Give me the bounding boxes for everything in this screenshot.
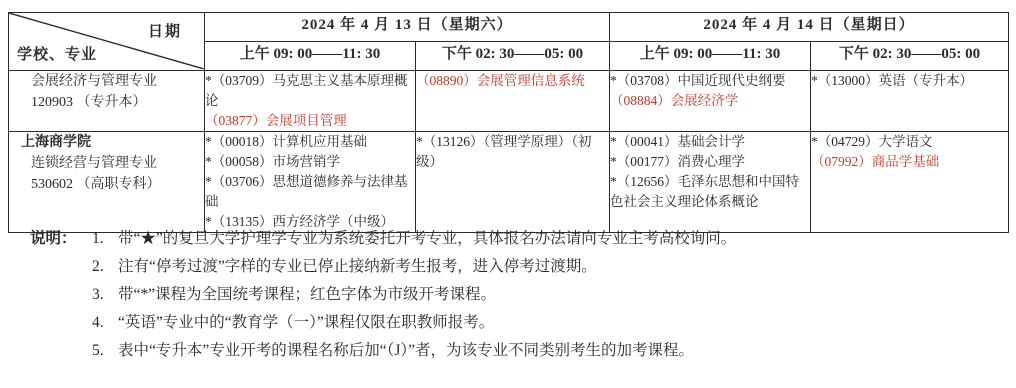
header-date-row: 日期 学校、专业 2024 年 4 月 13 日（星期六） 2024 年 4 月…: [9, 13, 1009, 42]
note-text: 注有“停考过渡”字样的专业已停止接纳新考生报考，进入停考过渡期。: [118, 253, 597, 281]
note-item: 3.带“*”课程为全国统考课程；红色字体为市级开考课程。: [92, 281, 736, 309]
courses-row1-sat-am: *（03709）马克思主义基本原理概论（03877）会展项目管理: [205, 71, 416, 132]
exam-schedule-page: 日期 学校、专业 2024 年 4 月 13 日（星期六） 2024 年 4 月…: [0, 0, 1016, 388]
note-text: 带“★”的复旦大学护理学专业为系统委托开考专业，具体报名办法请向专业主考高校询问…: [118, 225, 736, 253]
course-entry: *（12656）毛泽东思想和中国特色社会主义理论体系概论: [610, 172, 810, 212]
note-text: 表中“专升本”专业开考的课程名称后加“（J）”者，为该专业不同类别考生的加考课程…: [118, 337, 694, 365]
note-number: 4.: [92, 309, 118, 337]
header-session-sun-am: 上午 09: 00——11: 30: [610, 42, 811, 71]
course-entry: *（00058）市场营销学: [205, 152, 415, 172]
header-date-saturday: 2024 年 4 月 13 日（星期六）: [205, 13, 610, 42]
note-item: 1.带“★”的复旦大学护理学专业为系统委托开考专业，具体报名办法请向专业主考高校…: [92, 225, 736, 253]
courses-row2-sat-am: *（00018）计算机应用基础*（00058）市场营销学*（03706）思想道德…: [205, 132, 416, 233]
exam-schedule-table: 日期 学校、专业 2024 年 4 月 13 日（星期六） 2024 年 4 月…: [8, 12, 1009, 233]
course-entry: *（00177）消费心理学: [610, 152, 810, 172]
note-item: 2.注有“停考过渡”字样的专业已停止接纳新考生报考，进入停考过渡期。: [92, 253, 736, 281]
school-code: 120903 （专升本）: [9, 92, 204, 113]
note-number: 1.: [92, 225, 118, 253]
school-cell-row2: 上海商学院 连锁经营与管理专业 530602 （高职专科）: [9, 132, 205, 233]
school-name: 上海商学院: [9, 132, 204, 153]
note-text: 带“*”课程为全国统考课程；红色字体为市级开考课程。: [118, 281, 496, 309]
course-entry: *（03708）中国近现代史纲要: [610, 71, 810, 91]
notes-list: 1.带“★”的复旦大学护理学专业为系统委托开考专业，具体报名办法请向专业主考高校…: [92, 225, 736, 365]
header-session-sat-pm: 下午 02: 30——05: 00: [416, 42, 610, 71]
courses-row2-sun-pm: *（04729）大学语文（07992）商品学基础: [811, 132, 1009, 233]
courses-row1-sun-pm: *（13000）英语（专升本）: [811, 71, 1009, 132]
course-entry: *（00041）基础会计学: [610, 132, 810, 152]
notes-section: 说明： 1.带“★”的复旦大学护理学专业为系统委托开考专业，具体报名办法请向专业…: [30, 225, 1000, 365]
note-text: “英语”专业中的“教育学（一）”课程仅限在职教师报考。: [118, 309, 494, 337]
header-session-sun-pm: 下午 02: 30——05: 00: [811, 42, 1009, 71]
school-cell-row1: 会展经济与管理专业 120903 （专升本）: [9, 71, 205, 132]
note-item: 4.“英语”专业中的“教育学（一）”课程仅限在职教师报考。: [92, 309, 736, 337]
course-entry: *（13000）英语（专升本）: [811, 71, 1008, 91]
corner-diagonal-container: 日期 学校、专业: [9, 13, 204, 69]
header-session-sat-am: 上午 09: 00——11: 30: [205, 42, 416, 71]
note-number: 5.: [92, 337, 118, 365]
school-code: 530602 （高职专科）: [9, 174, 204, 195]
course-entry: *（04729）大学语文: [811, 132, 1008, 152]
corner-label-school: 学校、专业: [17, 43, 97, 64]
note-number: 3.: [92, 281, 118, 309]
corner-header-cell: 日期 学校、专业: [9, 13, 205, 71]
school-major: 连锁经营与管理专业: [9, 153, 204, 174]
course-entry: （07992）商品学基础: [811, 152, 1008, 172]
header-date-sunday: 2024 年 4 月 14 日（星期日）: [610, 13, 1009, 42]
corner-label-date: 日期: [148, 20, 182, 41]
course-entry: *（13126）（管理学原理）（初级）: [416, 132, 609, 172]
notes-label: 说明：: [30, 225, 92, 365]
note-item: 5.表中“专升本”专业开考的课程名称后加“（J）”者，为该专业不同类别考生的加考…: [92, 337, 736, 365]
note-number: 2.: [92, 253, 118, 281]
school-major: 会展经济与管理专业: [9, 71, 204, 92]
courses-row2-sun-am: *（00041）基础会计学*（00177）消费心理学*（12656）毛泽东思想和…: [610, 132, 811, 233]
courses-row1-sun-am: *（03708）中国近现代史纲要（08884）会展经济学: [610, 71, 811, 132]
course-entry: *（03706）思想道德修养与法律基础: [205, 172, 415, 212]
table-row: 会展经济与管理专业 120903 （专升本） *（03709）马克思主义基本原理…: [9, 71, 1009, 132]
course-entry: （08884）会展经济学: [610, 91, 810, 111]
course-entry: （08890）会展管理信息系统: [416, 71, 609, 91]
table-row: 上海商学院 连锁经营与管理专业 530602 （高职专科） *（00018）计算…: [9, 132, 1009, 233]
course-entry: *（00018）计算机应用基础: [205, 132, 415, 152]
course-entry: （03877）会展项目管理: [205, 111, 415, 131]
courses-row2-sat-pm: *（13126）（管理学原理）（初级）: [416, 132, 610, 233]
course-entry: *（03709）马克思主义基本原理概论: [205, 71, 415, 111]
courses-row1-sat-pm: （08890）会展管理信息系统: [416, 71, 610, 132]
